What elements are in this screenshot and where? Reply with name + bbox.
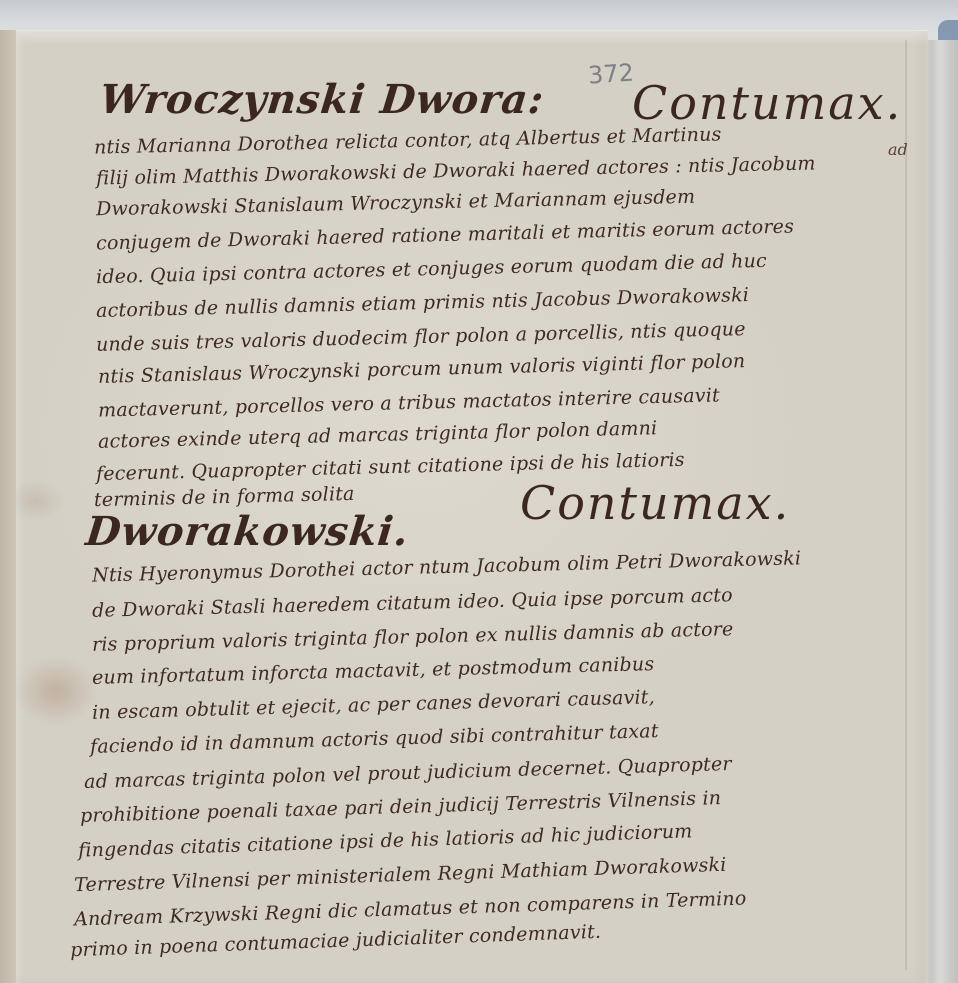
margin-note: ad bbox=[888, 140, 908, 159]
folio-number: 372 bbox=[587, 58, 635, 89]
page-fold-line bbox=[905, 40, 907, 970]
entry1-heading: Wroczynski Dwora: bbox=[98, 76, 547, 123]
entry2-heading: Dworakowski. bbox=[84, 508, 412, 555]
entry2-verdict: Contumax. bbox=[520, 476, 790, 530]
entry1-verdict: Contumax. bbox=[632, 76, 902, 130]
